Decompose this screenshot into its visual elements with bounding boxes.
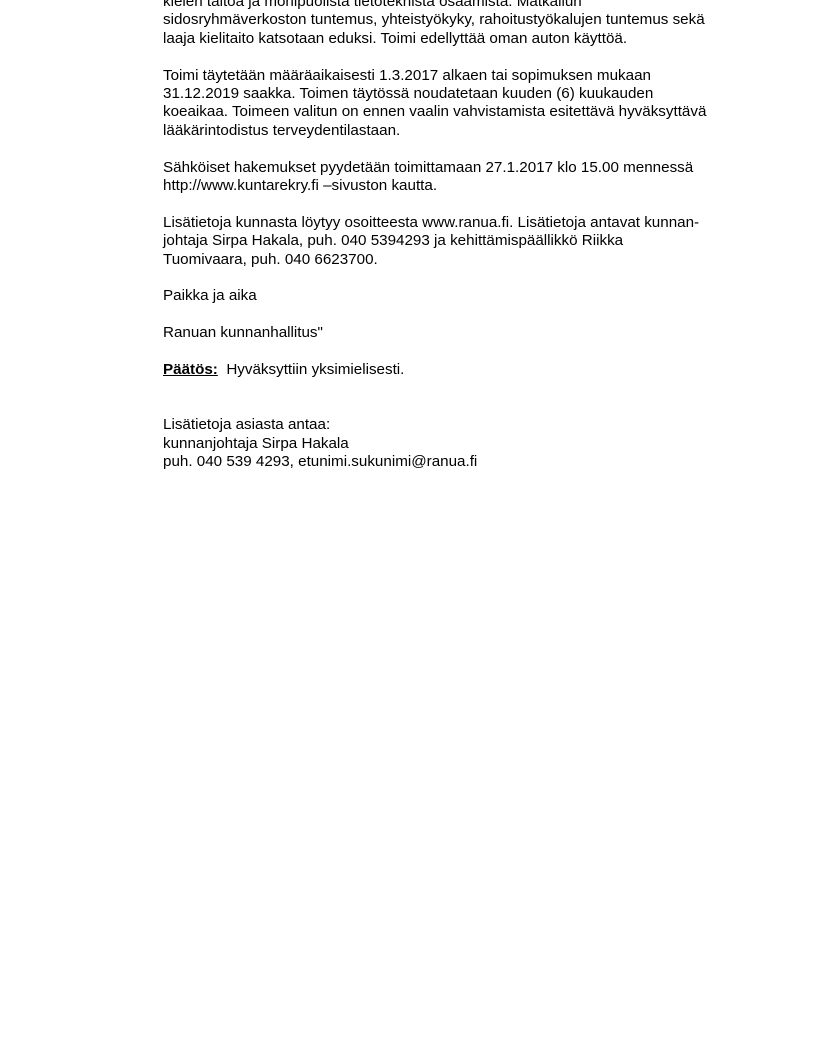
contact-details: puh. 040 539 4293, etunimi.sukunimi@ranu… — [163, 453, 753, 471]
decision: Päätös: Hyväksyttiin yksimielisesti. — [163, 361, 753, 379]
text-line: johtaja Sirpa Hakala, puh. 040 5394293 j… — [163, 232, 753, 250]
text-line: koeaikaa. Toimeen valitun on ennen vaali… — [163, 103, 753, 121]
text-line: 31.12.2019 saakka. Toimen täytössä nouda… — [163, 85, 753, 103]
decision-label: Päätös: — [163, 361, 218, 378]
paragraph-more-info: Lisätietoja kunnasta löytyy osoitteesta … — [163, 214, 753, 269]
text-line: laaja kielitaito katsotaan eduksi. Toimi… — [163, 30, 753, 48]
decision-text: Hyväksyttiin yksimielisesti. — [226, 361, 404, 378]
text-line: Ranuan kunnanhallitus" — [163, 324, 753, 342]
document-page: kielen taitoa ja monipuolista tietotekni… — [163, 0, 753, 490]
text-line: Lisätietoja kunnasta löytyy osoitteesta … — [163, 214, 753, 232]
text-line: http://www.kuntarekry.fi –sivuston kautt… — [163, 177, 753, 195]
text-line: Toimi täytetään määräaikaisesti 1.3.2017… — [163, 67, 753, 85]
spacer — [163, 398, 753, 416]
paragraph-requirements: kielen taitoa ja monipuolista tietotekni… — [163, 0, 753, 48]
paragraph-applications: Sähköiset hakemukset pyydetään toimittam… — [163, 159, 753, 196]
text-line: sidosryhmäverkoston tuntemus, yhteistyök… — [163, 11, 753, 29]
place-and-date: Paikka ja aika — [163, 287, 753, 305]
text-line: Paikka ja aika — [163, 287, 753, 305]
text-line: Sähköiset hakemukset pyydetään toimittam… — [163, 159, 753, 177]
contact-info: Lisätietoja asiasta antaa: kunnanjohtaja… — [163, 416, 753, 471]
contact-heading: Lisätietoja asiasta antaa: — [163, 416, 753, 434]
text-line: Tuomivaara, puh. 040 6623700. — [163, 251, 753, 269]
paragraph-term: Toimi täytetään määräaikaisesti 1.3.2017… — [163, 67, 753, 141]
signature: Ranuan kunnanhallitus" — [163, 324, 753, 342]
contact-name: kunnanjohtaja Sirpa Hakala — [163, 435, 753, 453]
text-line: lääkärintodistus terveydentilastaan. — [163, 122, 753, 140]
text-line: kielen taitoa ja monipuolista tietotekni… — [163, 0, 753, 11]
